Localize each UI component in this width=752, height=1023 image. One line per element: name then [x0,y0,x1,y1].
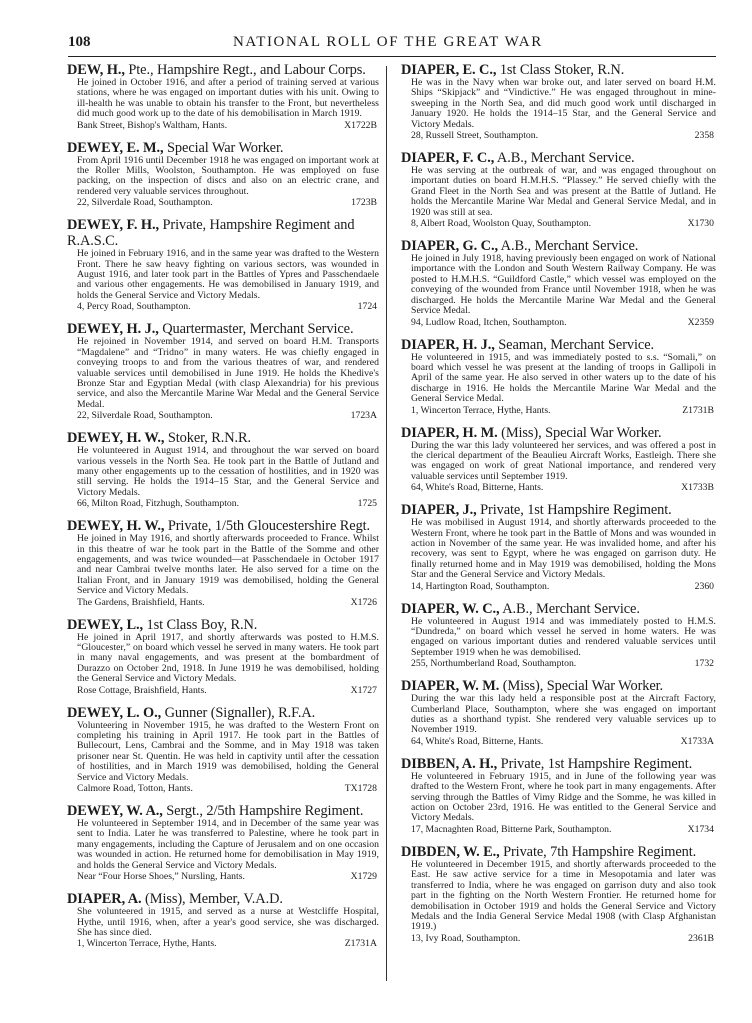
page-number: 108 [68,34,91,51]
entry-name: DIBBEN, A. H., [401,756,497,772]
entry-address: 22, Silverdale Road, Southampton. [77,410,213,421]
entry-ref: X1730 [688,218,716,229]
entry-name: DIAPER, H. J., [401,337,495,353]
entry-footer: 64, White's Road, Bitterne, Hants.X1733A [401,736,716,747]
entry-rank-unit: Stoker, R.N.R. [164,430,251,446]
roll-entry: DIBBEN, A. H., Private, 1st Hampshire Re… [401,756,716,835]
roll-entry: DIAPER, F. C., A.B., Merchant Service. H… [401,150,716,229]
entry-rank-unit: A.B., Merchant Service. [500,601,640,617]
entry-footer: Calmore Road, Totton, Hants.TX1728 [67,783,379,794]
entry-rank-unit: (Miss), Special War Worker. [498,425,662,441]
entry-address: 8, Albert Road, Woolston Quay, Southampt… [411,218,591,229]
entry-ref: 1725 [358,498,379,509]
entry-name: DIAPER, W. M. [401,678,499,694]
entry-footer: 1, Wincerton Terrace, Hythe, Hants.Z1731… [67,938,379,949]
entry-name: DEWEY, W. A., [67,803,163,819]
entry-address: 64, White's Road, Bitterne, Hants. [411,736,543,747]
entry-heading: DEWEY, E. M., Special War Worker. [67,140,379,156]
running-title: NATIONAL ROLL OF THE GREAT WAR [233,34,543,51]
entry-footer: Near “Four Horse Shoes,” Nursling, Hants… [67,871,379,882]
column-divider [386,66,387,981]
entry-footer: 64, White's Road, Bitterne, Hants.X1733B [401,482,716,493]
entry-address: 28, Russell Street, Southampton. [411,130,538,141]
entry-name: DEWEY, H. W., [67,518,164,534]
entry-footer: 14, Hartington Road, Southampton.2360 [401,581,716,592]
entry-rank-unit: Seaman, Merchant Service. [495,337,654,353]
entry-address: 1, Wincerton Terrace, Hythe, Hants. [77,938,217,949]
roll-entry: DIAPER, W. C., A.B., Merchant Service. H… [401,601,716,670]
entry-footer: 1, Wincerton Terrace, Hythe, Hants.Z1731… [401,405,716,416]
entry-text: During the war this lady held a responsi… [401,694,716,736]
entry-heading: DIAPER, J., Private, 1st Hampshire Regim… [401,502,716,518]
entry-name: DEWEY, L., [67,617,143,633]
entry-rank-unit: Quartermaster, Merchant Service. [159,321,354,337]
entry-name: DIAPER, J., [401,502,477,518]
entry-rank-unit: Gunner (Signaller), R.F.A. [161,705,315,721]
entry-rank-unit: Special War Worker. [164,140,284,156]
entry-rank-unit: Pte., Hampshire Regt., and Labour Corps. [125,62,366,78]
entry-ref: TX1728 [345,783,379,794]
entry-heading: DIAPER, W. C., A.B., Merchant Service. [401,601,716,617]
entry-address: 17, Macnaghten Road, Bitterne Park, Sout… [411,824,611,835]
entry-text: He volunteered in September 1914, and in… [67,819,379,871]
entry-footer: 22, Silverdale Road, Southampton.1723B [67,197,379,208]
roll-entry: DEWEY, H. W., Stoker, R.N.R. He voluntee… [67,430,379,509]
entry-heading: DIBBEN, A. H., Private, 1st Hampshire Re… [401,756,716,772]
entry-text: She volunteered in 1915, and served as a… [67,907,379,938]
entry-address: 13, Ivy Road, Southampton. [411,933,520,944]
entry-heading: DEWEY, W. A., Sergt., 2/5th Hampshire Re… [67,803,379,819]
roll-entry: DEWEY, F. H., Private, Hampshire Regimen… [67,217,379,312]
entry-footer: 4, Percy Road, Southampton.1724 [67,301,379,312]
entry-heading: DEWEY, H. J., Quartermaster, Merchant Se… [67,321,379,337]
entry-heading: DEWEY, L., 1st Class Boy, R.N. [67,617,379,633]
entry-rank-unit: (Miss), Member, V.A.D. [142,891,283,907]
entry-name: DIAPER, W. C., [401,601,500,617]
entry-name: DEWEY, E. M., [67,140,164,156]
entry-ref: X1729 [351,871,379,882]
entry-heading: DEWEY, L. O., Gunner (Signaller), R.F.A. [67,705,379,721]
entry-text: He volunteered in February 1915, and in … [401,772,716,824]
entry-ref: 1723B [351,197,379,208]
entry-heading: DEW, H., Pte., Hampshire Regt., and Labo… [67,62,379,78]
entry-name: DIAPER, H. M. [401,425,498,441]
entry-footer: 94, Ludlow Road, Itchen, Southampton.X23… [401,317,716,328]
header-rule [68,56,716,57]
entry-text: He rejoined in November 1914, and served… [67,337,379,410]
entry-text: He was in the Navy when war broke out, a… [401,78,716,130]
entry-rank-unit: Private, 7th Hampshire Regiment. [500,844,697,860]
roll-entry: DIAPER, H. J., Seaman, Merchant Service.… [401,337,716,416]
entry-text: He volunteered in 1915, and was immediat… [401,353,716,405]
roll-entry: DIAPER, E. C., 1st Class Stoker, R.N. He… [401,62,716,141]
entry-ref: X2359 [688,317,716,328]
entry-rank-unit: Private, 1st Hampshire Regiment. [477,502,672,518]
entry-rank-unit: A.B., Merchant Service. [498,238,638,254]
entry-text: He joined in February 1916, and in the s… [67,249,379,301]
roll-entry: DIAPER, A. (Miss), Member, V.A.D. She vo… [67,891,379,949]
entry-text: He joined in April 1917, and shortly aft… [67,633,379,685]
entry-ref: X1727 [351,685,379,696]
entry-heading: DEWEY, H. W., Private, 1/5th Gloucesters… [67,518,379,534]
entry-name: DEWEY, H. J., [67,321,159,337]
entry-ref: 1723A [351,410,379,421]
entry-ref: Z1731B [682,405,716,416]
entry-heading: DIAPER, E. C., 1st Class Stoker, R.N. [401,62,716,78]
entry-name: DEWEY, L. O., [67,705,161,721]
entry-name: DIAPER, A. [67,891,142,907]
entry-heading: DEWEY, F. H., Private, Hampshire Regimen… [67,217,379,249]
entry-name: DIAPER, E. C., [401,62,496,78]
entry-name: DIAPER, G. C., [401,238,498,254]
roll-entry: DIBDEN, W. E., Private, 7th Hampshire Re… [401,844,716,944]
entry-ref: X1733B [681,482,716,493]
entry-address: 1, Wincerton Terrace, Hythe, Hants. [411,405,551,416]
entry-ref: 2360 [695,581,716,592]
entry-ref: 2358 [695,130,716,141]
roll-entry: DEWEY, L., 1st Class Boy, R.N. He joined… [67,617,379,696]
entry-text: He joined in May 1916, and shortly after… [67,534,379,596]
entry-ref: X1726 [351,597,379,608]
entry-address: Rose Cottage, Braishfield, Hants. [77,685,207,696]
roll-entry: DIAPER, H. M. (Miss), Special War Worker… [401,425,716,494]
entry-heading: DIAPER, G. C., A.B., Merchant Service. [401,238,716,254]
entry-heading: DIBDEN, W. E., Private, 7th Hampshire Re… [401,844,716,860]
entry-footer: The Gardens, Braishfield, Hants.X1726 [67,597,379,608]
entry-ref: 1724 [358,301,379,312]
entry-rank-unit: (Miss), Special War Worker. [499,678,663,694]
entry-text: He joined in October 1916, and after a p… [67,78,379,120]
roll-entry: DEWEY, L. O., Gunner (Signaller), R.F.A.… [67,705,379,794]
entry-name: DEWEY, H. W., [67,430,164,446]
entry-address: Calmore Road, Totton, Hants. [77,783,193,794]
entry-text: From April 1916 until December 1918 he w… [67,156,379,198]
entry-text: Volunteering in November 1915, he was dr… [67,721,379,783]
entry-address: 22, Silverdale Road, Southampton. [77,197,213,208]
left-column: DEW, H., Pte., Hampshire Regt., and Labo… [67,62,379,958]
entry-ref: X1722B [344,120,379,131]
entry-address: 14, Hartington Road, Southampton. [411,581,549,592]
entry-rank-unit: A.B., Merchant Service. [494,150,634,166]
entry-heading: DIAPER, H. J., Seaman, Merchant Service. [401,337,716,353]
entry-ref: 1732 [695,658,716,669]
entry-address: 4, Percy Road, Southampton. [77,301,191,312]
entry-footer: 22, Silverdale Road, Southampton.1723A [67,410,379,421]
entry-footer: 255, Northumberland Road, Southampton.17… [401,658,716,669]
entry-ref: Z1731A [345,938,379,949]
roll-entry: DIAPER, G. C., A.B., Merchant Service. H… [401,238,716,327]
entry-footer: 13, Ivy Road, Southampton.2361B [401,933,716,944]
entry-name: DEW, H., [67,62,125,78]
entry-text: He volunteered in August 1914, and throu… [67,446,379,498]
entry-rank-unit: Private, 1/5th Gloucestershire Regt. [164,518,370,534]
roll-entry: DEW, H., Pte., Hampshire Regt., and Labo… [67,62,379,131]
entry-text: He was serving at the outbreak of war, a… [401,166,716,218]
entry-address: 64, White's Road, Bitterne, Hants. [411,482,543,493]
entry-rank-unit: 1st Class Boy, R.N. [143,617,257,633]
entry-heading: DIAPER, F. C., A.B., Merchant Service. [401,150,716,166]
entry-address: 66, Milton Road, Fitzhugh, Southampton. [77,498,239,509]
entry-footer: Rose Cottage, Braishfield, Hants.X1727 [67,685,379,696]
entry-footer: 17, Macnaghten Road, Bitterne Park, Sout… [401,824,716,835]
entry-address: Near “Four Horse Shoes,” Nursling, Hants… [77,871,245,882]
roll-entry: DEWEY, W. A., Sergt., 2/5th Hampshire Re… [67,803,379,882]
entry-footer: 66, Milton Road, Fitzhugh, Southampton.1… [67,498,379,509]
entry-name: DIBDEN, W. E., [401,844,500,860]
entry-heading: DEWEY, H. W., Stoker, R.N.R. [67,430,379,446]
entry-footer: Bank Street, Bishop's Waltham, Hants.X17… [67,120,379,131]
entry-text: He joined in July 1918, having previousl… [401,254,716,316]
entry-address: The Gardens, Braishfield, Hants. [77,597,205,608]
entry-address: Bank Street, Bishop's Waltham, Hants. [77,120,227,131]
entry-text: He was mobilised in August 1914, and sho… [401,518,716,580]
entry-text: He volunteered in August 1914 and was im… [401,617,716,659]
roll-entry: DEWEY, H. W., Private, 1/5th Gloucesters… [67,518,379,607]
right-column: DIAPER, E. C., 1st Class Stoker, R.N. He… [401,62,716,953]
entry-text: He volunteered in December 1915, and sho… [401,860,716,933]
entry-ref: 2361B [688,933,716,944]
entry-address: 94, Ludlow Road, Itchen, Southampton. [411,317,567,328]
entry-text: During the war this lady volunteered her… [401,441,716,483]
entry-rank-unit: Private, 1st Hampshire Regiment. [497,756,692,772]
entry-heading: DIAPER, A. (Miss), Member, V.A.D. [67,891,379,907]
entry-footer: 8, Albert Road, Woolston Quay, Southampt… [401,218,716,229]
entry-heading: DIAPER, H. M. (Miss), Special War Worker… [401,425,716,441]
entry-heading: DIAPER, W. M. (Miss), Special War Worker… [401,678,716,694]
entry-rank-unit: 1st Class Stoker, R.N. [496,62,624,78]
entry-address: 255, Northumberland Road, Southampton. [411,658,576,669]
entry-rank-unit: Sergt., 2/5th Hampshire Regiment. [163,803,364,819]
roll-entry: DIAPER, W. M. (Miss), Special War Worker… [401,678,716,747]
entry-footer: 28, Russell Street, Southampton.2358 [401,130,716,141]
entry-name: DIAPER, F. C., [401,150,494,166]
roll-entry: DEWEY, E. M., Special War Worker. From A… [67,140,379,209]
roll-entry: DEWEY, H. J., Quartermaster, Merchant Se… [67,321,379,421]
roll-entry: DIAPER, J., Private, 1st Hampshire Regim… [401,502,716,591]
entry-ref: X1734 [688,824,716,835]
entry-ref: X1733A [681,736,716,747]
entry-name: DEWEY, F. H., [67,217,159,233]
page-header: 108 NATIONAL ROLL OF THE GREAT WAR [68,30,716,54]
